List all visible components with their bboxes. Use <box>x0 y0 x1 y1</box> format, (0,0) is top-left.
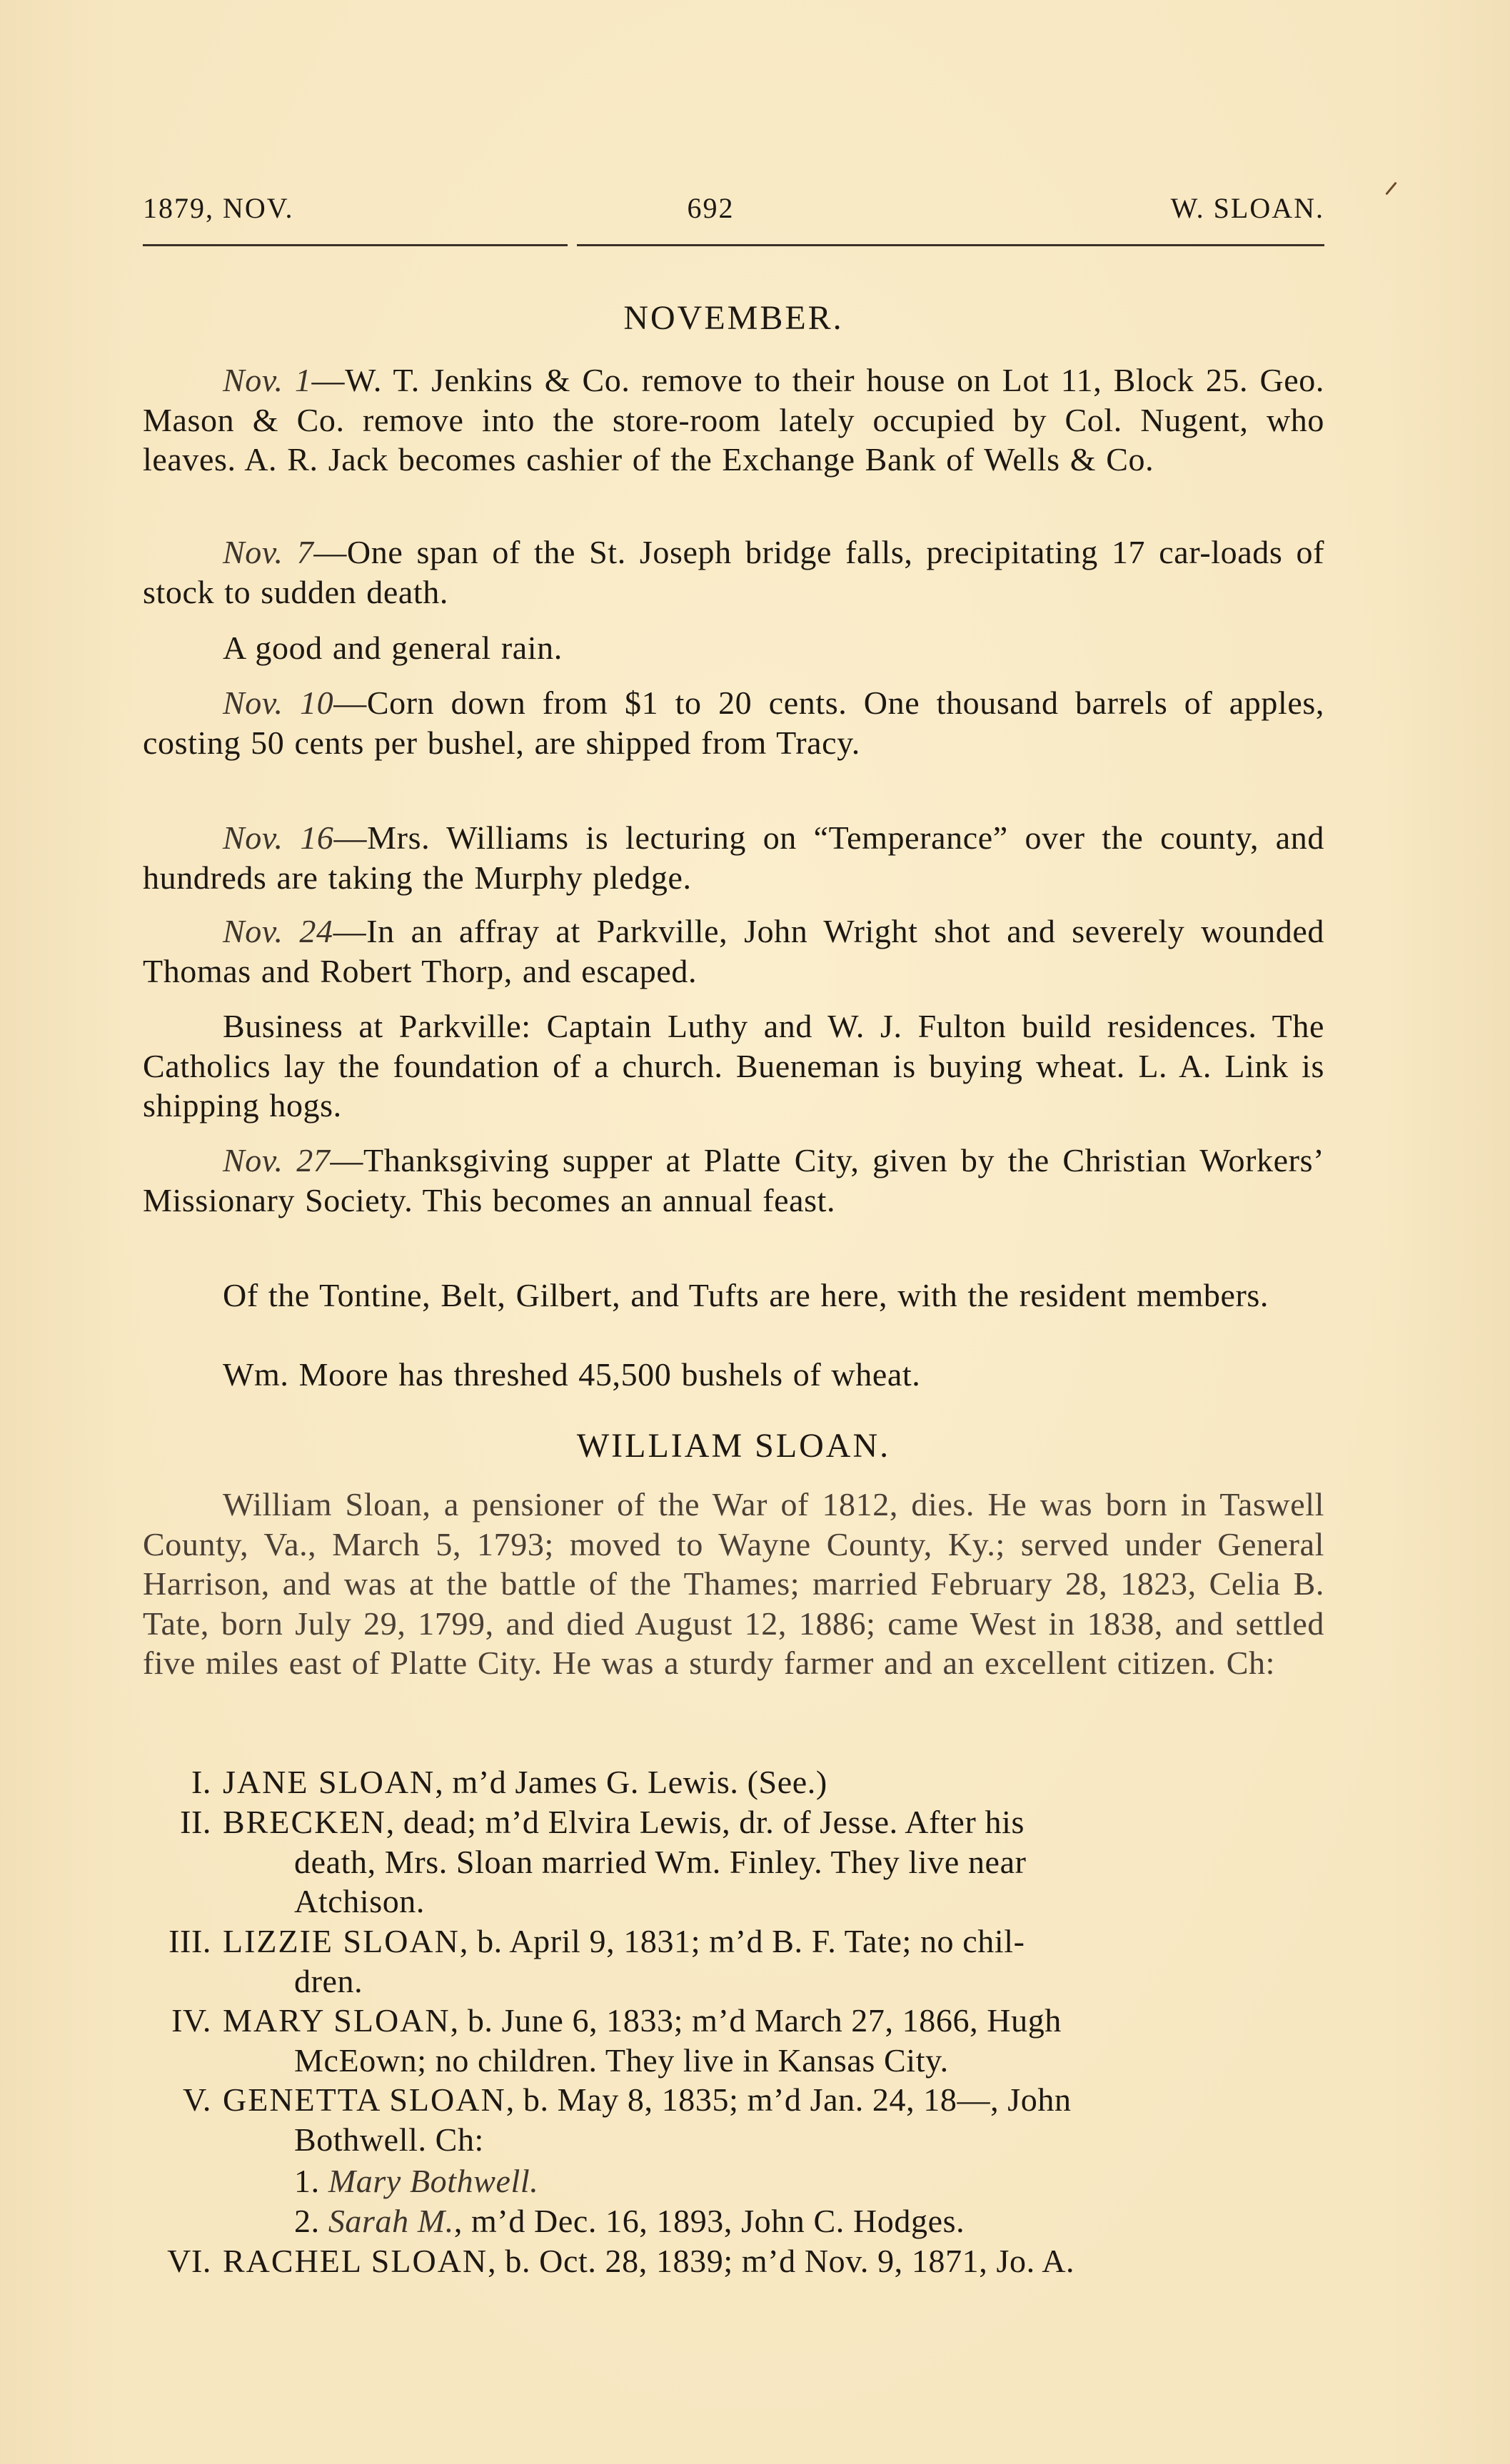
entry-nov-16: Nov. 16—Mrs. Williams is lecturing on “T… <box>143 818 1324 897</box>
entry-date: Nov. 7 <box>223 534 313 570</box>
grandchild-item-1: 1. Mary Bothwell. <box>294 2161 538 2201</box>
entry-text: —One span of the St. Joseph bridge falls… <box>143 534 1324 610</box>
header-rule-left <box>143 244 568 246</box>
child-numeral: I. <box>191 1762 211 1802</box>
child-item-6: VI. RACHEL SLOAN, b. Oct. 28, 1839; m’d … <box>143 2241 1324 2281</box>
child-continuation: Atchison. <box>223 1882 1324 1922</box>
entry-tontine: Of the Tontine, Belt, Gilbert, and Tufts… <box>143 1276 1324 1316</box>
entry-text: Business at Parkville: Captain Luthy and… <box>143 1008 1324 1124</box>
biography-intro-text: William Sloan, a pensioner of the War of… <box>143 1486 1324 1681</box>
entry-nov-1: Nov. 1—W. T. Jenkins & Co. remove to the… <box>143 360 1324 480</box>
entry-date: Nov. 24 <box>223 913 333 949</box>
entry-nov-10: Nov. 10—Corn down from $1 to 20 cents. O… <box>143 683 1324 762</box>
grandchild-number: 2. <box>294 2203 320 2239</box>
child-name: LIZZIE SLOAN <box>223 1923 460 1959</box>
entry-nov-7: Nov. 7—One span of the St. Joseph bridge… <box>143 532 1324 612</box>
grandchild-item-2: 2. Sarah M., m’d Dec. 16, 1893, John C. … <box>294 2201 965 2241</box>
entry-text: Of the Tontine, Belt, Gilbert, and Tufts… <box>223 1277 1269 1313</box>
child-item-5: V. GENETTA SLOAN, b. May 8, 1835; m’d Ja… <box>143 2080 1324 2159</box>
child-item-4: IV. MARY SLOAN, b. June 6, 1833; m’d Mar… <box>143 2001 1324 2080</box>
child-details: , m’d James G. Lewis. (See.) <box>435 1764 827 1800</box>
child-item-3: III. LIZZIE SLOAN, b. April 9, 1831; m’d… <box>143 1922 1324 2001</box>
section-title-william-sloan: WILLIAM SLOAN. <box>143 1426 1324 1465</box>
child-name: BRECKEN <box>223 1804 386 1840</box>
entry-text: —W. T. Jenkins & Co. remove to their hou… <box>143 362 1324 478</box>
child-numeral: V. <box>183 2080 211 2120</box>
entry-wm-moore: Wm. Moore has threshed 45,500 bushels of… <box>143 1355 1324 1395</box>
entry-date: Nov. 10 <box>223 685 333 721</box>
child-name: JANE SLOAN <box>223 1764 435 1800</box>
grandchild-number: 1. <box>294 2163 320 2199</box>
running-head: 1879, NOV. 692 W. SLOAN. <box>143 191 1324 227</box>
entry-date: Nov. 27 <box>223 1142 330 1178</box>
running-head-date: 1879, NOV. <box>143 191 294 225</box>
child-name: RACHEL SLOAN <box>223 2243 488 2279</box>
entry-date: Nov. 16 <box>223 819 334 856</box>
child-item-2: II. BRECKEN, dead; m’d Elvira Lewis, dr.… <box>143 1802 1324 1922</box>
grandchild-details: , m’d Dec. 16, 1893, John C. Hodges. <box>454 2203 965 2239</box>
grandchild-name: Sarah M. <box>328 2203 454 2239</box>
child-details: , b. June 6, 1833; m’d March 27, 1866, H… <box>451 2002 1062 2039</box>
child-continuation: Bothwell. Ch: <box>223 2120 1324 2160</box>
child-details: , dead; m’d Elvira Lewis, dr. of Jesse. … <box>386 1804 1025 1840</box>
child-name: GENETTA SLOAN <box>223 2081 506 2118</box>
entry-text: Wm. Moore has threshed 45,500 bushels of… <box>223 1356 920 1393</box>
child-continuation: McEown; no children. They live in Kansas… <box>223 2041 1324 2081</box>
entry-business-parkville: Business at Parkville: Captain Luthy and… <box>143 1006 1324 1126</box>
child-item-1: I. JANE SLOAN, m’d James G. Lewis. (See.… <box>143 1762 1324 1802</box>
entry-rain: A good and general rain. <box>143 628 1324 668</box>
entry-nov-24: Nov. 24—In an affray at Parkville, John … <box>143 912 1324 991</box>
entry-text: A good and general rain. <box>223 630 563 666</box>
entry-nov-27: Nov. 27—Thanksgiving supper at Platte Ci… <box>143 1141 1324 1220</box>
entry-date: Nov. 1 <box>223 362 312 398</box>
running-head-subject: W. SLOAN. <box>1171 191 1324 225</box>
page-number: 692 <box>688 191 735 225</box>
section-title-november: NOVEMBER. <box>143 298 1324 338</box>
child-numeral: II. <box>180 1802 211 1842</box>
child-numeral: VI. <box>167 2241 211 2281</box>
grandchild-name: Mary Bothwell. <box>328 2163 539 2199</box>
child-details: , b. April 9, 1831; m’d B. F. Tate; no c… <box>460 1923 1025 1959</box>
child-numeral: III. <box>168 1922 211 1961</box>
child-numeral: IV. <box>171 2001 211 2041</box>
child-continuation: dren. <box>223 1961 1324 2001</box>
child-name: MARY SLOAN <box>223 2002 451 2039</box>
child-continuation: death, Mrs. Sloan married Wm. Finley. Th… <box>223 1842 1324 1882</box>
biography-intro: William Sloan, a pensioner of the War of… <box>143 1485 1324 1683</box>
header-rule-right <box>577 244 1324 246</box>
child-details: , b. May 8, 1835; m’d Jan. 24, 18—, John <box>506 2081 1072 2118</box>
child-details: , b. Oct. 28, 1839; m’d Nov. 9, 1871, Jo… <box>488 2243 1074 2279</box>
